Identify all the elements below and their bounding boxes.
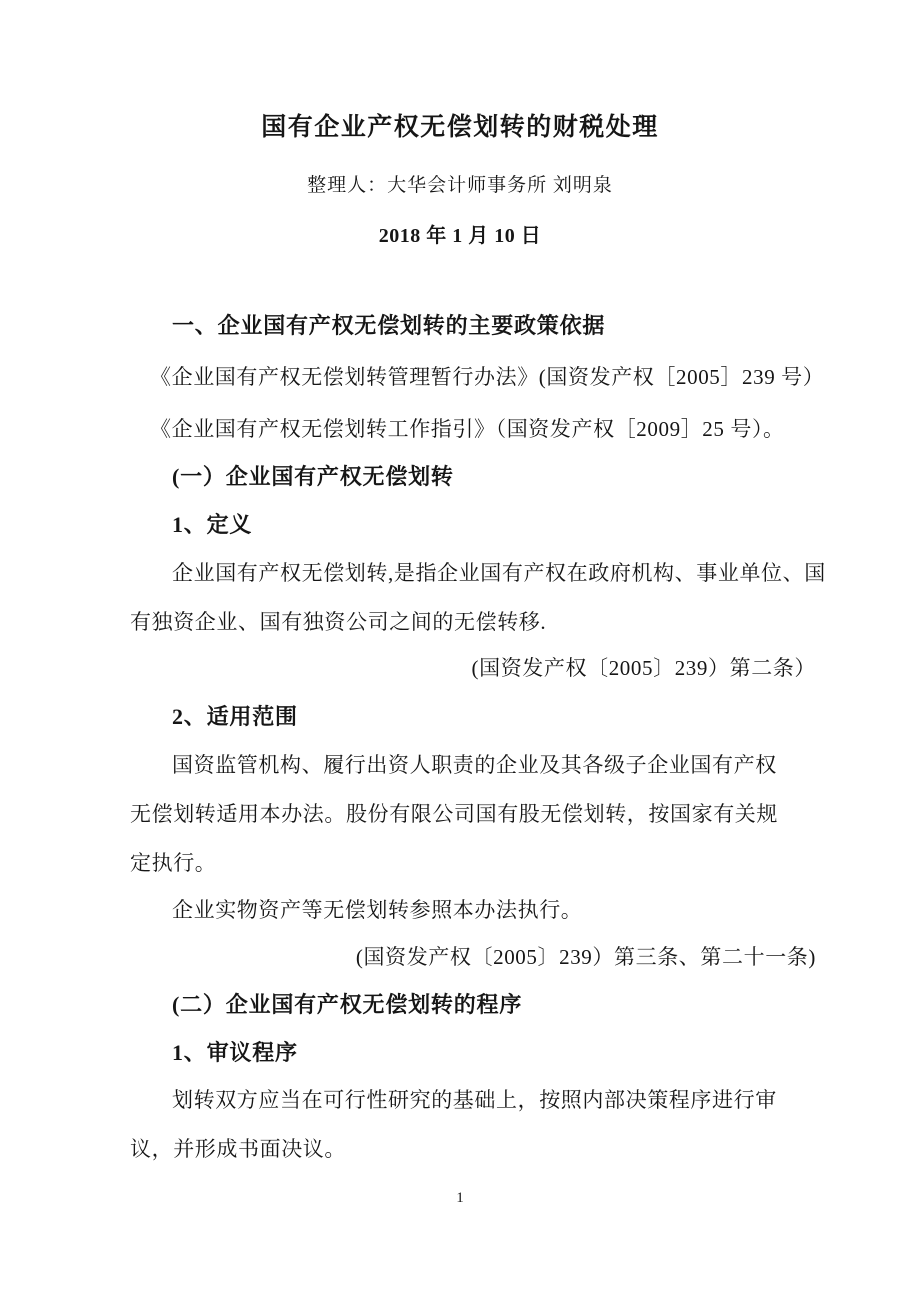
doc-title: 国有企业产权无偿划转的财税处理 — [0, 112, 920, 143]
scope-body-line-3: 定执行。 — [130, 850, 216, 876]
doc-date: 2018 年 1 月 10 日 — [0, 224, 920, 249]
review-body-line-1: 划转双方应当在可行性研究的基础上，按照内部决策程序进行审 — [172, 1087, 777, 1113]
document-page: 国有企业产权无偿划转的财税处理 整理人：大华会计师事务所 刘明泉 2018 年 … — [0, 0, 920, 1302]
scope-citation: (国资发产权〔2005〕239）第三条、第二十一条) — [356, 944, 816, 970]
clause-heading-scope: 2、适用范围 — [172, 703, 298, 731]
section-heading-policy-basis: 一、企业国有产权无偿划转的主要政策依据 — [172, 312, 605, 340]
page-number: 1 — [0, 1189, 920, 1208]
scope-body-line-1: 国资监管机构、履行出资人职责的企业及其各级子企业国有产权 — [172, 752, 777, 778]
subsection-heading-transfer: (一）企业国有产权无偿划转 — [172, 463, 454, 491]
policy-doc-line-2: 《企业国有产权无偿划转工作指引》（国资发产权［2009］25 号）。 — [150, 416, 785, 442]
clause-heading-definition: 1、定义 — [172, 511, 252, 539]
doc-byline: 整理人：大华会计师事务所 刘明泉 — [0, 174, 920, 198]
scope-body-line-4: 企业实物资产等无偿划转参照本办法执行。 — [172, 897, 582, 923]
subsection-heading-procedure: (二）企业国有产权无偿划转的程序 — [172, 991, 522, 1019]
definition-body-line-2: 有独资企业、国有独资公司之间的无偿转移. — [130, 609, 546, 635]
clause-heading-review: 1、审议程序 — [172, 1039, 298, 1067]
policy-doc-line-1: 《企业国有产权无偿划转管理暂行办法》(国资发产权［2005］239 号） — [150, 364, 824, 390]
scope-body-line-2: 无偿划转适用本办法。股份有限公司国有股无偿划转，按国家有关规 — [130, 801, 778, 827]
review-body-line-2: 议，并形成书面决议。 — [130, 1136, 346, 1162]
definition-citation: (国资发产权〔2005〕239）第二条） — [472, 655, 817, 681]
definition-body-line-1: 企业国有产权无偿划转,是指企业国有产权在政府机构、事业单位、国 — [172, 560, 826, 586]
